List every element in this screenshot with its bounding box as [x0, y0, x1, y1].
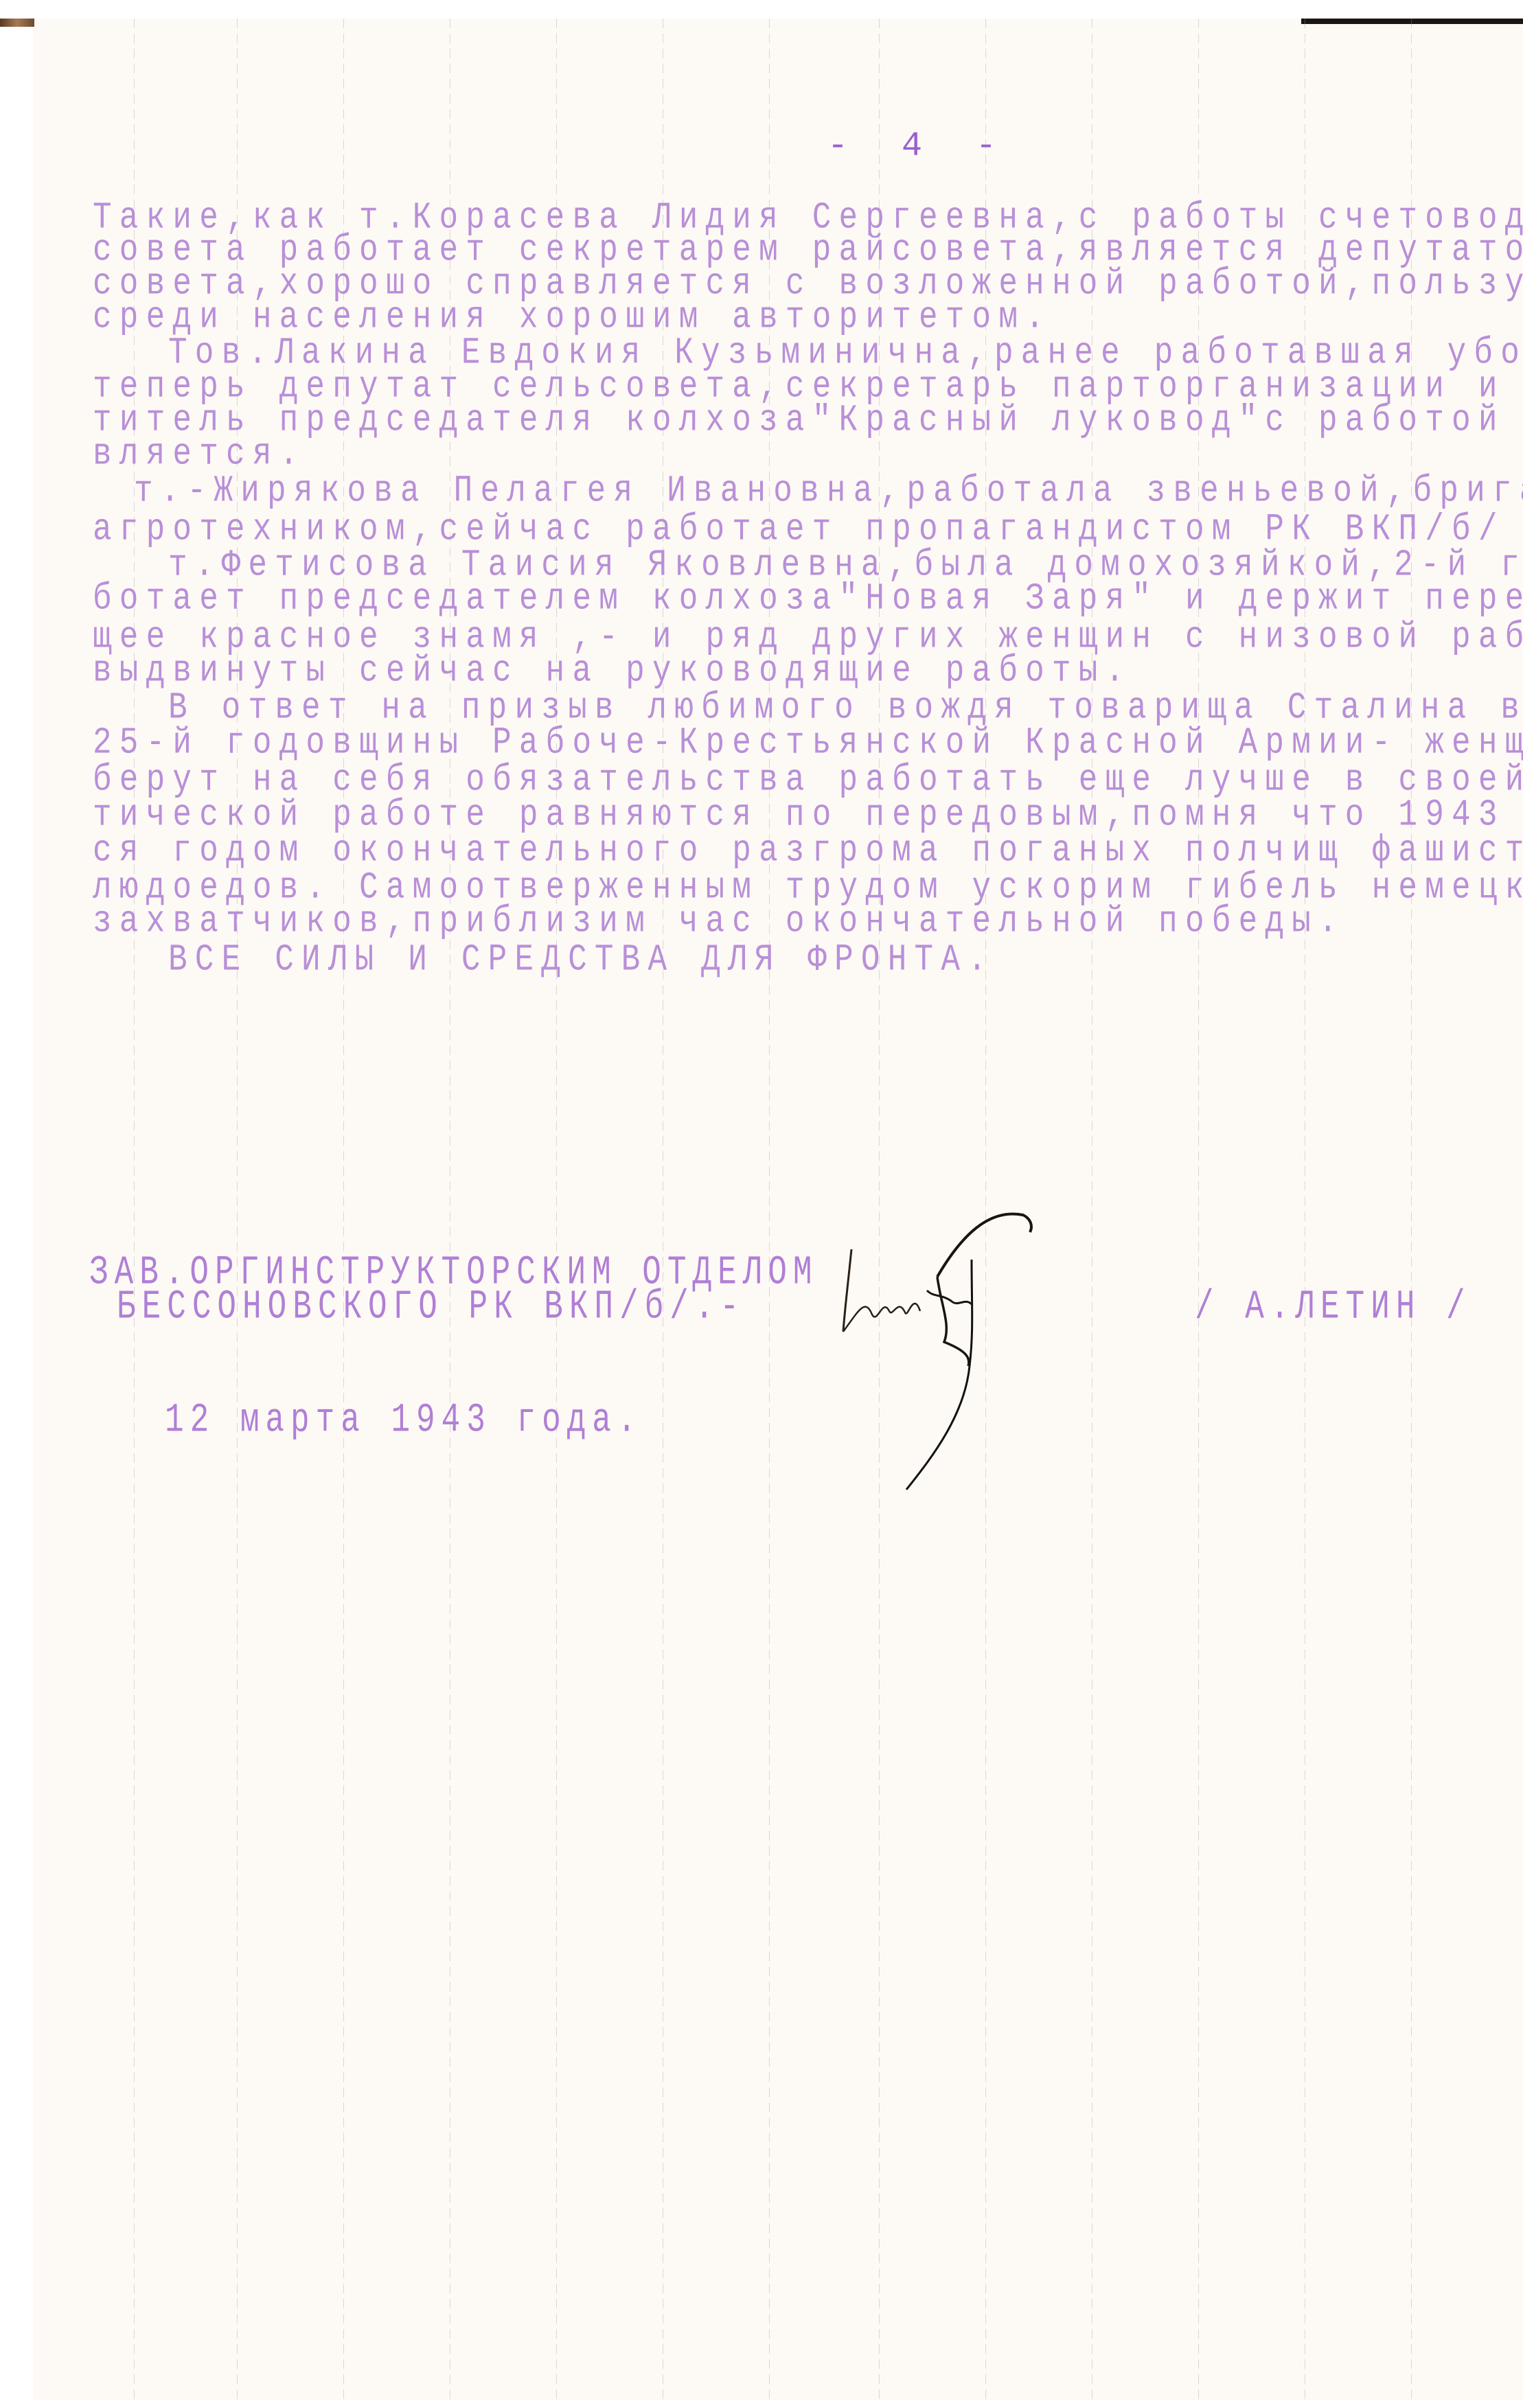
text-line: ВСЕ СИЛЫ И СРЕДСТВА ДЛЯ ФРОНТА. — [168, 941, 994, 978]
scan-edge — [1301, 19, 1523, 24]
text-line: ся годом окончательного разгрома поганых… — [93, 832, 1523, 869]
text-line: т.-Жирякова Пелагея Ивановна,работала зв… — [134, 472, 1523, 509]
handwritten-signature-icon — [824, 1194, 1112, 1496]
signer-organization: БЕССОНОВСКОГО РК ВКП/б/.- — [117, 1284, 745, 1330]
page-number: - 4 - — [827, 127, 1013, 166]
text-line: тической работе равняются по передовым,п… — [93, 796, 1523, 833]
text-line: В ответ на призыв любимого вождя товарищ… — [168, 689, 1523, 726]
text-line: ботает председателем колхоза"Новая Заря"… — [93, 580, 1523, 617]
document-date: 12 марта 1943 года. — [165, 1397, 643, 1444]
text-line: 25-й годовщины Рабоче-Крестьянской Красн… — [93, 724, 1523, 761]
text-line: берут на себя обязательства работать еще… — [93, 761, 1523, 798]
signer-name: / А.ЛЕТИН / — [1195, 1284, 1472, 1330]
text-line: вляется. — [93, 435, 306, 472]
text-line: титель председателя колхоза"Красный луко… — [93, 402, 1523, 439]
binding-edge — [0, 19, 34, 27]
text-line: выдвинуты сейчас на руководящие работы. — [93, 652, 1132, 689]
text-line: среди населения хорошим авторитетом. — [93, 299, 1052, 336]
text-line: захватчиков,приблизим час окончательной … — [93, 903, 1345, 940]
text-line: агротехником,сейчас работает пропагандис… — [93, 511, 1505, 548]
